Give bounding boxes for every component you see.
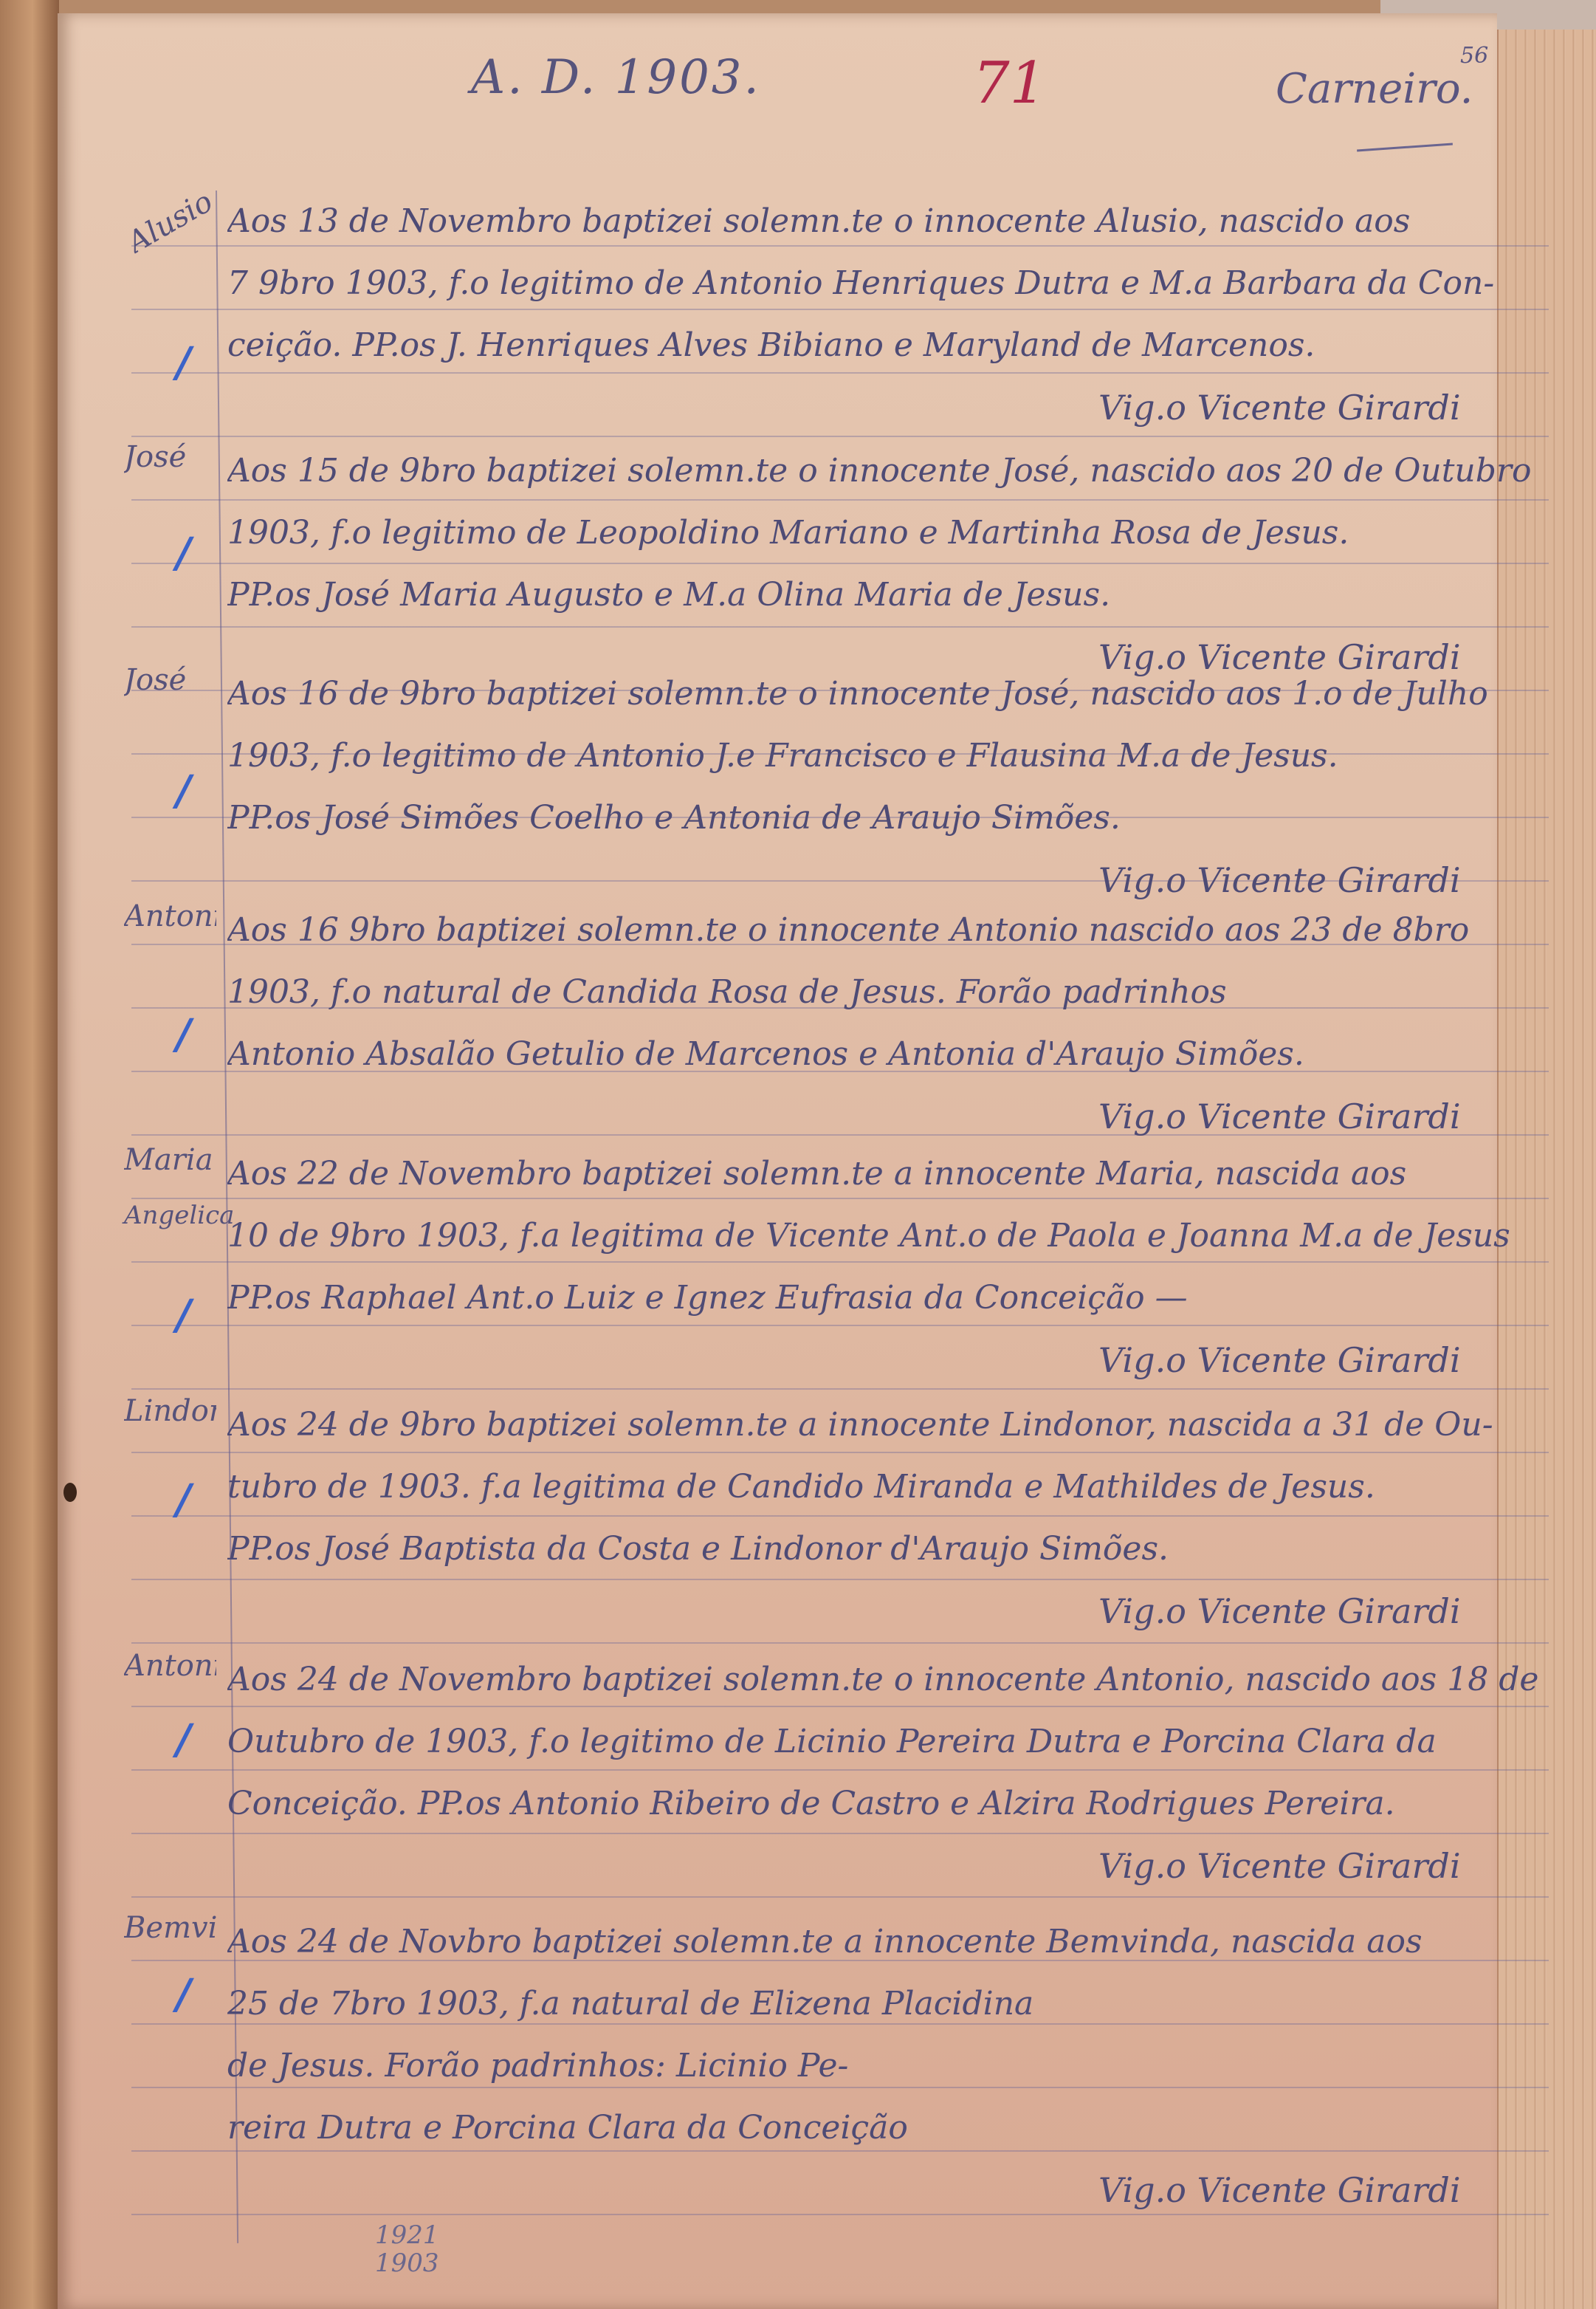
footer-pencil-notes: 1921 1903	[375, 2221, 439, 2277]
margin-name: José	[124, 663, 216, 697]
entry-line: PP.os José Simões Coelho e Antonia de Ar…	[227, 787, 1556, 849]
entry-line: 10 de 9bro 1903, f.a legitima de Vicente…	[227, 1205, 1556, 1267]
blue-tick-mark: /	[176, 1010, 190, 1059]
blue-tick-mark: /	[176, 1715, 190, 1764]
entry-line: Aos 24 de 9bro baptizei solemn.te a inno…	[227, 1394, 1556, 1456]
margin-name: Antonio	[124, 1649, 216, 1683]
entry-line: Aos 16 de 9bro baptizei solemn.te o inno…	[227, 663, 1556, 725]
margin-name-second: Angelica	[124, 1201, 216, 1230]
ink-blot	[63, 1483, 77, 1502]
entry-line: Antonio Absalão Getulio de Marcenos e An…	[227, 1023, 1556, 1085]
priest-signature: Vig.o Vicente Girardi	[227, 1835, 1556, 1897]
margin-name: José	[124, 440, 216, 474]
entry-line: Conceição. PP.os Antonio Ribeiro de Cast…	[227, 1773, 1556, 1835]
entry-line: Aos 24 de Novbro baptizei solemn.te a in…	[227, 1911, 1556, 1973]
entry-line: 1903, f.o natural de Candida Rosa de Jes…	[227, 961, 1556, 1023]
entry-line: Aos 13 de Novembro baptizei solemn.te o …	[227, 191, 1556, 253]
entry-line: 1903, f.o legitimo de Antonio J.e Franci…	[227, 725, 1556, 787]
blue-tick-mark: /	[176, 529, 190, 577]
footer-note: 1921	[375, 2221, 439, 2249]
footer-note: 1903	[375, 2249, 439, 2277]
entry-line: ceição. PP.os J. Henriques Alves Bibiano…	[227, 315, 1556, 377]
entry-line: PP.os José Baptista da Costa e Lindonor …	[227, 1518, 1556, 1580]
book-spine	[0, 0, 59, 2309]
blue-tick-mark: /	[176, 338, 190, 387]
priest-signature: Vig.o Vicente Girardi	[227, 1085, 1556, 1147]
priest-signature: Vig.o Vicente Girardi	[227, 377, 1556, 439]
corner-number: 56	[1460, 43, 1488, 69]
blue-tick-mark: /	[176, 1475, 190, 1524]
margin-name: Maria	[124, 1143, 216, 1177]
entry-line: 7 9bro 1903, f.o legitimo de Antonio Hen…	[227, 253, 1556, 315]
header-year: A. D. 1903.	[471, 50, 761, 105]
register-page: A. D. 1903. 71 Carneiro. 56 Alusio / Aos…	[58, 13, 1497, 2309]
surname-underline	[1357, 143, 1453, 151]
margin-name: Lindonor	[124, 1394, 216, 1428]
folio-number: 71	[973, 50, 1046, 117]
entry-line: 25 de 7bro 1903, f.a natural de Elizena …	[227, 1973, 1556, 2035]
entry-line: PP.os José Maria Augusto e M.a Olina Mar…	[227, 564, 1556, 626]
entry-line: Aos 15 de 9bro baptizei solemn.te o inno…	[227, 440, 1556, 502]
entry-line: Aos 16 9bro baptizei solemn.te o innocen…	[227, 899, 1556, 961]
entry-line: Aos 24 de Novembro baptizei solemn.te o …	[227, 1649, 1556, 1711]
entry-line: Aos 22 de Novembro baptizei solemn.te a …	[227, 1143, 1556, 1205]
entry-line: tubro de 1903. f.a legitima de Candido M…	[227, 1456, 1556, 1518]
priest-signature: Vig.o Vicente Girardi	[227, 1329, 1556, 1391]
margin-name: Bemvinda	[124, 1911, 216, 1945]
entry-line: PP.os Raphael Ant.o Luiz e Ignez Eufrasi…	[227, 1267, 1556, 1329]
blue-tick-mark: /	[176, 766, 190, 815]
blue-tick-mark: /	[176, 1291, 190, 1339]
margin-name: Antonio	[124, 899, 216, 933]
entry-line: reira Dutra e Porcina Clara da Conceição	[227, 2097, 1556, 2159]
blue-tick-mark: /	[176, 1970, 190, 2019]
entry-line: de Jesus. Forão padrinhos: Licinio Pe-	[227, 2035, 1556, 2097]
priest-signature: Vig.o Vicente Girardi	[227, 2159, 1556, 2221]
surname-tag: Carneiro.	[1276, 65, 1473, 113]
priest-signature: Vig.o Vicente Girardi	[227, 1580, 1556, 1642]
page-header: A. D. 1903. 71 Carneiro. 56	[58, 43, 1497, 131]
entry-line: 1903, f.o legitimo de Leopoldino Mariano…	[227, 502, 1556, 564]
entry-line: Outubro de 1903, f.o legitimo de Licinio…	[227, 1711, 1556, 1773]
